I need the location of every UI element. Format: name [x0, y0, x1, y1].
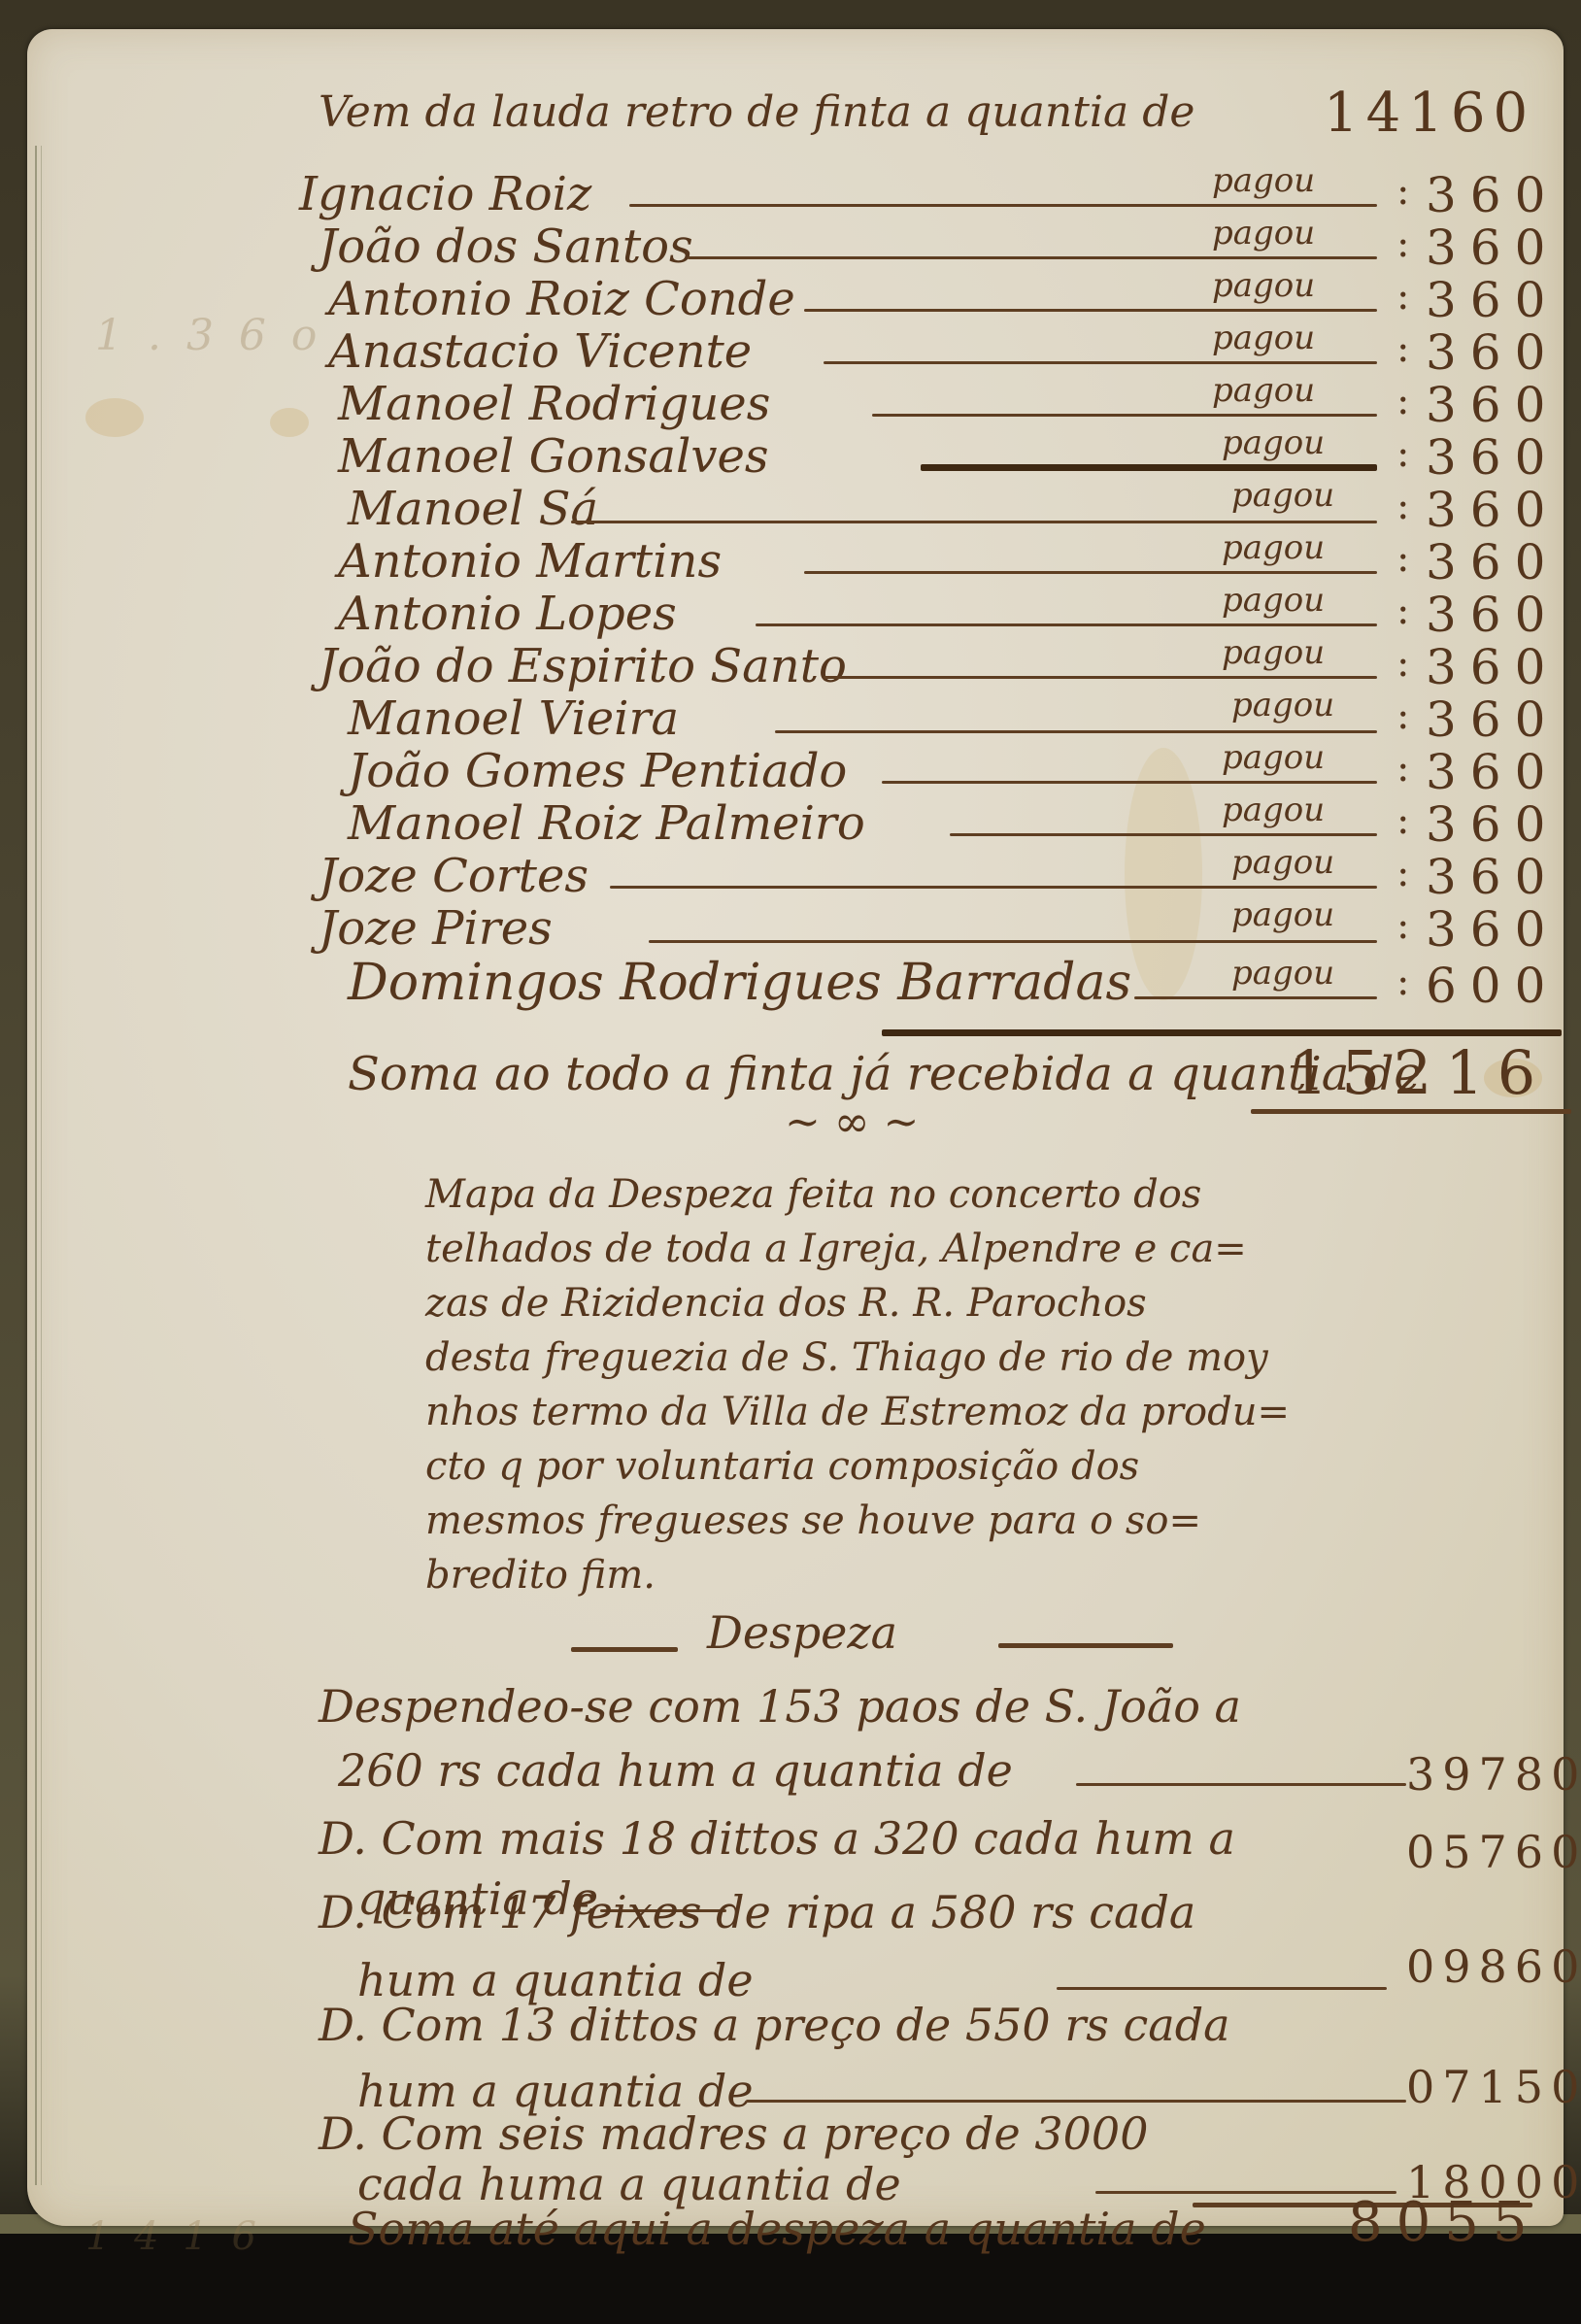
- leader-line: [775, 730, 1377, 733]
- contributions-sum-label: Soma ao todo a finta já recebida a quant…: [348, 1047, 1422, 1101]
- memo-line: Mapa da Despeza feita no concerto dos: [425, 1175, 1201, 1214]
- expense-line: D. Com mais 18 dittos a 320 cada hum a: [319, 1812, 1235, 1865]
- amount: 360: [1426, 272, 1559, 328]
- amount: 360: [1426, 377, 1559, 433]
- leader-line: [824, 361, 1377, 364]
- contributor-name: João do Espirito Santo: [319, 639, 847, 693]
- leader-line: [804, 571, 1377, 574]
- colon: :: [1396, 903, 1409, 948]
- colon: :: [1396, 169, 1409, 214]
- amount: 360: [1426, 796, 1559, 853]
- colon: :: [1396, 536, 1409, 581]
- contributor-name: Antonio Lopes: [338, 587, 677, 641]
- expense-line: D. Com 17 feixes de ripa a 580 rs cada: [319, 1886, 1195, 1938]
- leader-line: [804, 309, 1377, 312]
- colon: :: [1396, 798, 1409, 843]
- paid-mark: pagou: [1222, 791, 1325, 829]
- paid-mark: pagou: [1231, 954, 1334, 993]
- amount: 360: [1426, 744, 1559, 800]
- leader-line: [746, 2100, 1406, 2103]
- contribution-row: Manoel Vieira pagou : 360: [27, 691, 1564, 742]
- paid-mark: pagou: [1222, 423, 1325, 462]
- amount: 360: [1426, 901, 1559, 958]
- colon: :: [1396, 746, 1409, 791]
- contributor-name: Antonio Roiz Conde: [328, 272, 795, 326]
- memo-line: bredito fim.: [425, 1556, 656, 1595]
- colon: :: [1396, 589, 1409, 633]
- amount: 360: [1426, 587, 1559, 643]
- contributor-name: Manoel Roiz Palmeiro: [348, 796, 865, 851]
- contribution-row: Antonio Martins pagou : 360: [27, 534, 1564, 585]
- memo-line: cto q por voluntaria composição dos: [425, 1447, 1139, 1486]
- contributor-name: Domingos Rodrigues Barradas: [348, 954, 1131, 1012]
- expense-line: D. Com seis madres a preço de 3000: [319, 2107, 1148, 2160]
- contribution-row: Manoel Gonsalves pagou : 360: [27, 429, 1564, 480]
- contributor-name: João Gomes Pentiado: [348, 744, 847, 798]
- amount: 360: [1426, 534, 1559, 590]
- contribution-row: Manoel Sá pagou : 360: [27, 482, 1564, 532]
- amount: 600: [1426, 958, 1559, 1014]
- amount: 360: [1426, 219, 1559, 276]
- expense-amount: 07150: [1406, 2061, 1581, 2113]
- amount: 360: [1426, 849, 1559, 905]
- amount: 360: [1426, 429, 1559, 486]
- contributor-name: Manoel Rodrigues: [338, 377, 770, 431]
- expenses-title: Despeza: [707, 1606, 897, 1659]
- contributor-name: Antonio Martins: [338, 534, 722, 589]
- leader-line: [571, 521, 1377, 523]
- amount: 360: [1426, 482, 1559, 538]
- expense-line: D. Com 13 dittos a preço de 550 rs cada: [319, 1999, 1230, 2051]
- contribution-row: Anastacio Vicente pagou : 360: [27, 324, 1564, 375]
- contribution-row: Manoel Roiz Palmeiro pagou : 360: [27, 796, 1564, 847]
- paid-mark: pagou: [1212, 266, 1315, 305]
- total-rule: [882, 1029, 1562, 1036]
- paid-mark: pagou: [1231, 843, 1334, 882]
- total-underline: [1251, 1109, 1571, 1114]
- flourish-ornament: ~ ∞ ~: [785, 1097, 919, 1147]
- expense-item: D. Com 17 feixes de ripa a 580 rs cada h…: [27, 1886, 1564, 2012]
- contributor-name: João dos Santos: [319, 219, 693, 274]
- memo-line: nhos termo da Villa de Estremoz da produ…: [425, 1393, 1290, 1431]
- colon: :: [1396, 221, 1409, 266]
- expense-amount: 39780: [1406, 1748, 1581, 1801]
- leader-line: [950, 833, 1377, 836]
- expense-item: D. Com 13 dittos a preço de 550 rs cada …: [27, 1999, 1564, 2125]
- leader-line: [882, 781, 1377, 784]
- colon: :: [1396, 851, 1409, 895]
- contributor-name: Manoel Sá: [348, 482, 598, 536]
- contributor-name: Manoel Gonsalves: [338, 429, 769, 484]
- expense-item: Despendeo-se com 153 paos de S. João a 2…: [27, 1680, 1564, 1806]
- paid-mark: pagou: [1231, 895, 1334, 934]
- leader-line: [649, 940, 1377, 943]
- contributions-sum-total: 15216: [1290, 1037, 1549, 1108]
- contribution-row: João Gomes Pentiado pagou : 360: [27, 744, 1564, 794]
- amount: 360: [1426, 691, 1559, 748]
- leader-line: [1076, 1783, 1406, 1786]
- paid-mark: pagou: [1222, 528, 1325, 567]
- amount: 360: [1426, 639, 1559, 695]
- amount: 360: [1426, 167, 1559, 223]
- expense-line: 260 rs cada hum a quantia de: [338, 1744, 1013, 1797]
- expenses-sum-label: Soma até aqui a despeza a quantia de: [348, 2203, 1206, 2255]
- memo-line: zas de Rizidencia dos R. R. Parochos: [425, 1284, 1147, 1323]
- paid-mark: pagou: [1231, 686, 1334, 724]
- colon: :: [1396, 484, 1409, 528]
- leader-line: [629, 204, 1377, 207]
- expense-line: Despendeo-se com 153 paos de S. João a: [319, 1680, 1241, 1733]
- title-flourish-left: [571, 1647, 678, 1652]
- leader-line: [1057, 1987, 1387, 1990]
- paid-mark: pagou: [1212, 214, 1315, 253]
- paid-mark: pagou: [1212, 161, 1315, 200]
- leader-line: [688, 256, 1377, 259]
- leader-line: [872, 414, 1377, 417]
- contribution-row: Manoel Rodrigues pagou : 360: [27, 377, 1564, 427]
- paid-mark: pagou: [1222, 581, 1325, 620]
- colon: :: [1396, 379, 1409, 423]
- contributor-name: Joze Pires: [319, 901, 553, 956]
- colon: :: [1396, 431, 1409, 476]
- contribution-row: Domingos Rodrigues Barradas pagou : 600: [27, 954, 1564, 1008]
- contributor-name: Anastacio Vicente: [328, 324, 752, 379]
- contributor-name: Joze Cortes: [319, 849, 589, 903]
- expenses-sum-total: 8055: [1348, 2191, 1541, 2254]
- contribution-row: Ignacio Roiz pagou : 360: [27, 167, 1564, 218]
- contribution-row: Joze Cortes pagou : 360: [27, 849, 1564, 899]
- colon: :: [1396, 326, 1409, 371]
- leader-line: [610, 886, 1377, 889]
- paid-mark: pagou: [1212, 371, 1315, 410]
- colon: :: [1396, 693, 1409, 738]
- contributor-name: Ignacio Roiz: [299, 167, 591, 221]
- leader-line: [824, 676, 1377, 679]
- contribution-row: Antonio Roiz Conde pagou : 360: [27, 272, 1564, 322]
- expense-amount: 05760: [1406, 1826, 1581, 1878]
- contribution-row: Joze Pires pagou : 360: [27, 901, 1564, 952]
- colon: :: [1396, 641, 1409, 686]
- paid-mark: pagou: [1222, 633, 1325, 672]
- memo-line: telhados de toda a Igreja, Alpendre e ca…: [425, 1229, 1247, 1268]
- leader-line: [756, 623, 1377, 626]
- contributor-name: Manoel Vieira: [348, 691, 679, 746]
- amount: 360: [1426, 324, 1559, 381]
- contribution-row: João do Espirito Santo pagou : 360: [27, 639, 1564, 690]
- carried-forward-total: 14160: [1324, 82, 1535, 145]
- colon: :: [1396, 960, 1409, 1004]
- colon: :: [1396, 274, 1409, 319]
- paid-mark: pagou: [1222, 738, 1325, 777]
- leader-line: [1134, 996, 1377, 999]
- contribution-row: Antonio Lopes pagou : 360: [27, 587, 1564, 637]
- paid-mark: pagou: [1231, 476, 1334, 515]
- carried-forward-label: Vem da lauda retro de finta a quantia de: [319, 87, 1194, 137]
- title-flourish-right: [998, 1643, 1173, 1648]
- memo-line: mesmos fregueses se houve para o so=: [425, 1501, 1201, 1540]
- contribution-row: João dos Santos pagou : 360: [27, 219, 1564, 270]
- leader-line: [921, 464, 1377, 471]
- paid-mark: pagou: [1212, 319, 1315, 357]
- expense-amount: 09860: [1406, 1940, 1581, 1993]
- memo-line: desta freguezia de S. Thiago de rio de m…: [425, 1338, 1268, 1377]
- manuscript-page: 1 . 3 6 o 1 4 1 6 Vem da lauda retro de …: [27, 29, 1564, 2226]
